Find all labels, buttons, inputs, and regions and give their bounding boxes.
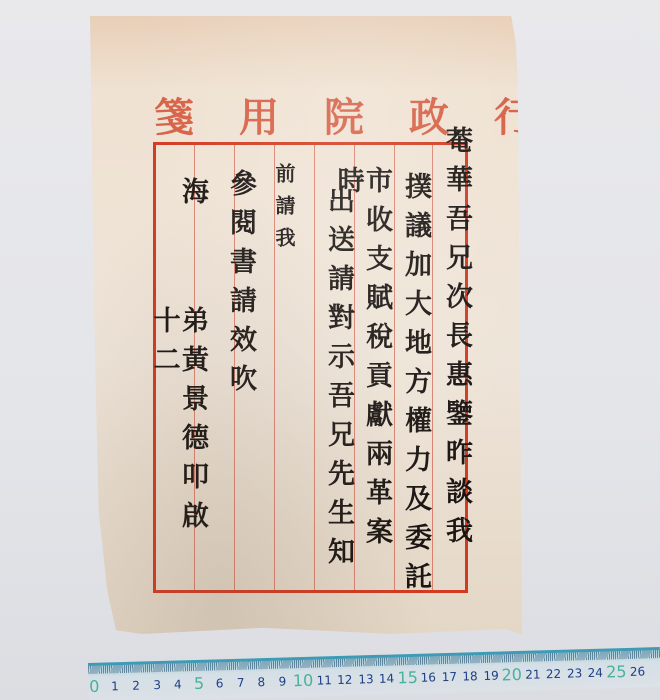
ruler-label: 6 [216, 676, 224, 690]
letterhead-char: 箋 [154, 98, 194, 138]
text-column: 撲議加大地方權力及委託 [395, 166, 429, 606]
ruler-label: 9 [278, 674, 286, 688]
column-rule [354, 145, 355, 590]
ruler-label: 15 [397, 668, 418, 688]
ruler-label: 25 [606, 662, 627, 682]
ruler-label: 17 [442, 670, 458, 684]
signature-column: 弟黃景德叩啟 十二 [172, 306, 206, 606]
letter-paper: 行 政 院 用 箋 菴華吾兄次長惠鑒昨談我 撲議加大地方權力及委託 市收支賦稅貢… [90, 16, 522, 634]
column-rule [394, 145, 395, 590]
ruler-label: 2 [132, 679, 140, 693]
letterhead-char: 政 [409, 98, 449, 138]
ruler-label: 3 [153, 678, 161, 692]
text-column: 海 [172, 176, 206, 216]
text-column: 前請我 [260, 161, 294, 261]
letterhead-char: 院 [324, 98, 364, 138]
ruler-label: 23 [567, 666, 583, 680]
ruler-label: 11 [316, 673, 332, 687]
text-column: 市收支賦稅貢獻兩革案時 [356, 166, 390, 586]
text-column: 菴華吾兄次長惠鑒昨談我 [436, 60, 470, 620]
ruler-label: 13 [358, 672, 374, 686]
ruler-label: 7 [237, 676, 245, 690]
column-rule [274, 145, 275, 590]
ruler-label: 24 [587, 666, 603, 680]
ruler-label: 8 [257, 675, 265, 689]
ruler-label: 14 [379, 671, 395, 685]
ruler-label: 22 [546, 667, 562, 681]
ruler-label: 4 [174, 677, 182, 691]
ruler-label: 16 [420, 670, 436, 684]
ruler-label: 12 [337, 673, 353, 687]
red-ruled-frame [153, 142, 468, 593]
ruler-label: 19 [483, 669, 499, 683]
letterhead-char: 用 [239, 98, 279, 138]
text-column: 參閱書請效吹 [220, 156, 254, 416]
column-rule [314, 145, 315, 590]
ruler-label: 20 [501, 665, 522, 685]
ruler-label: 26 [630, 664, 646, 678]
ruler-label: 21 [525, 667, 541, 681]
column-rule [194, 145, 195, 590]
letterhead: 行 政 院 用 箋 [154, 88, 534, 148]
column-rule [432, 145, 433, 590]
ruler-label: 10 [293, 671, 314, 691]
column-rule [234, 145, 235, 590]
measuring-ruler: 0 1 2 3 4 5 6 7 8 9 10 11 12 13 14 15 16… [88, 647, 660, 700]
text-column: 出送請對示吾兄先生知 [318, 166, 352, 596]
ruler-label: 5 [194, 674, 205, 693]
ruler-label: 0 [89, 677, 100, 696]
ruler-label: 18 [462, 669, 478, 683]
ruler-label: 1 [111, 679, 119, 693]
letterhead-char: 行 [494, 98, 534, 138]
